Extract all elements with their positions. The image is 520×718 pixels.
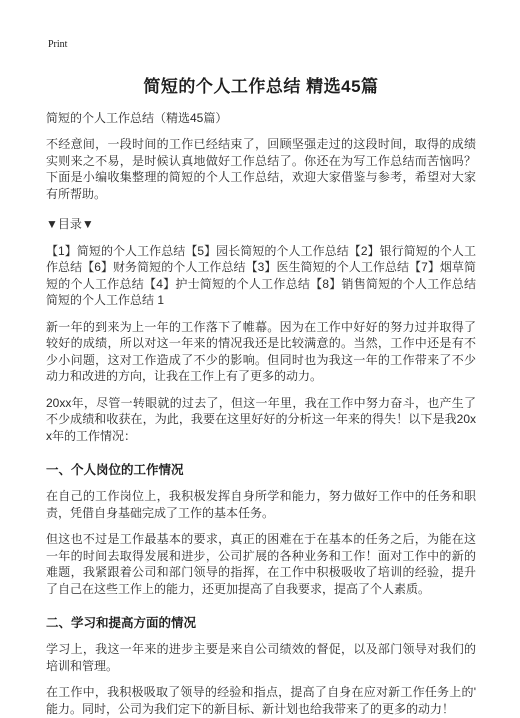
section-heading-2: 二、学习和提高方面的情况 <box>46 613 476 631</box>
toc-link-3[interactable]: 【3】医生简短的个人工作总结 <box>246 260 409 274</box>
toc-link-1[interactable]: 【1】简短的个人工作总结 <box>46 244 185 258</box>
intro-paragraph: 不经意间，一段时间的工作已经结束了，回顾坚强走过的这段时间，取得的成绩实则来之不… <box>46 136 476 202</box>
toc-link-6[interactable]: 【6】财务简短的个人工作总结 <box>82 260 245 274</box>
article-paragraph-6: 在工作中，我积极吸取了领导的经验和指点，提高了自身在应对新工作任务上的'能力。同… <box>46 684 476 717</box>
toc-marker: ▼目录▼ <box>46 216 476 233</box>
article-paragraph-1: 新一年的到来为上一年的工作落下了帷幕。因为在工作中好好的努力过并取得了较好的成绩… <box>46 319 476 385</box>
toc-link-5[interactable]: 【5】园长简短的个人工作总结 <box>185 244 348 258</box>
article-paragraph-4: 但这也不过是工作最基本的要求，真正的困难在于在基本的任务之后，为能在这一年的时间… <box>46 531 476 597</box>
page-title: 简短的个人工作总结 精选45篇 <box>46 72 476 97</box>
toc-link-4[interactable]: 【4】护士简短的个人工作总结 <box>144 277 310 291</box>
article-paragraph-2: 20xx年，尽管一转眼就的过去了，但这一年里，我在工作中努力奋斗，也产生了不少成… <box>46 395 476 445</box>
toc-list: 【1】简短的个人工作总结【5】园长简短的个人工作总结【2】银行简短的个人工作总结… <box>46 243 476 309</box>
toc-trailing-text: 简短的个人工作总结 1 <box>46 293 164 307</box>
section-heading-1: 一、个人岗位的工作情况 <box>46 460 476 478</box>
toc-link-8[interactable]: 【8】销售简短的个人工作总结 <box>310 277 476 291</box>
article-paragraph-5: 学习上，我这一年来的进步主要是来自公司绩效的督促，以及部门领导对我们的培训和管理… <box>46 641 476 674</box>
article-subtitle: 简短的个人工作总结（精选45篇） <box>46 109 476 126</box>
print-link[interactable]: Print <box>48 39 67 50</box>
article-paragraph-3: 在自己的工作岗位上，我积极发挥自身所学和能力，努力做好工作中的任务和职责，凭借自… <box>46 488 476 521</box>
print-page: Print 简短的个人工作总结 精选45篇 简短的个人工作总结（精选45篇） 不… <box>0 0 520 718</box>
